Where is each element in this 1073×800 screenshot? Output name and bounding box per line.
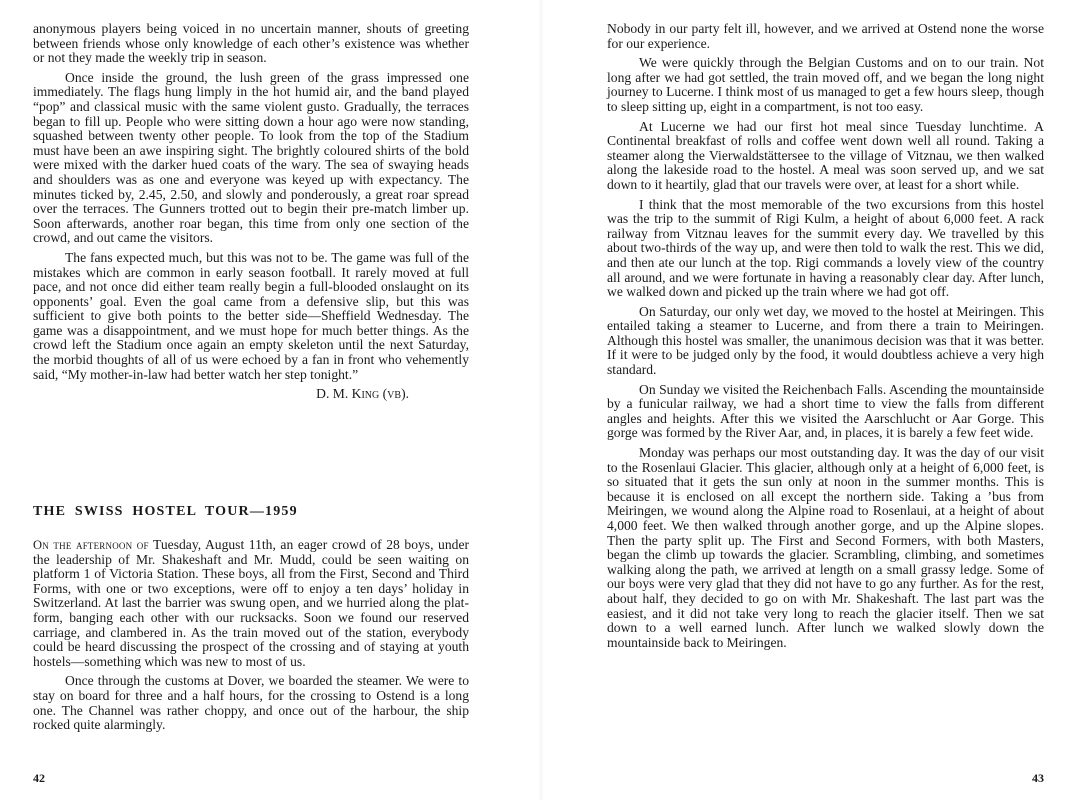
lead-in: On the afternoon of bbox=[33, 538, 149, 552]
swiss-tour-article: On the afternoon of Tuesday, August 11th… bbox=[33, 538, 469, 738]
swiss-tour-article-continued: Nobody in our party felt ill, however, a… bbox=[607, 22, 1044, 655]
paragraph: I think that the most memorable of the t… bbox=[607, 198, 1044, 300]
paragraph: On Sunday we visited the Reichenbach Fal… bbox=[607, 383, 1044, 441]
author-house: (vb). bbox=[383, 386, 409, 401]
paragraph-text: Tuesday, August 11th, an eager crowd of … bbox=[33, 537, 469, 669]
author-signature: D. M. King (vb). bbox=[33, 387, 469, 402]
page-number: 42 bbox=[33, 771, 45, 786]
paragraph: Once inside the ground, the lush green o… bbox=[33, 71, 469, 246]
left-page: anonymous players being voiced in no unc… bbox=[33, 0, 469, 800]
author-name: D. M. King bbox=[316, 386, 379, 401]
page-gutter bbox=[538, 0, 544, 800]
paragraph: anonymous players being voiced in no unc… bbox=[33, 22, 469, 66]
paragraph: On Saturday, our only wet day, we moved … bbox=[607, 305, 1044, 378]
paragraph: Nobody in our party felt ill, however, a… bbox=[607, 22, 1044, 51]
paragraph: At Lucerne we had our first hot meal sin… bbox=[607, 120, 1044, 193]
paragraph: The fans expected much, but this was not… bbox=[33, 251, 469, 382]
paragraph: On the afternoon of Tuesday, August 11th… bbox=[33, 538, 469, 669]
match-report-continued: anonymous players being voiced in no unc… bbox=[33, 22, 469, 402]
page-number: 43 bbox=[1032, 771, 1044, 786]
paragraph: Monday was perhaps our most outstanding … bbox=[607, 446, 1044, 650]
right-page: Nobody in our party felt ill, however, a… bbox=[607, 0, 1044, 800]
paragraph: Once through the customs at Dover, we bo… bbox=[33, 674, 469, 732]
article-title: THE SWISS HOSTEL TOUR—1959 bbox=[33, 504, 298, 520]
paragraph: We were quickly through the Belgian Cust… bbox=[607, 56, 1044, 114]
book-spread: anonymous players being voiced in no unc… bbox=[0, 0, 1073, 800]
